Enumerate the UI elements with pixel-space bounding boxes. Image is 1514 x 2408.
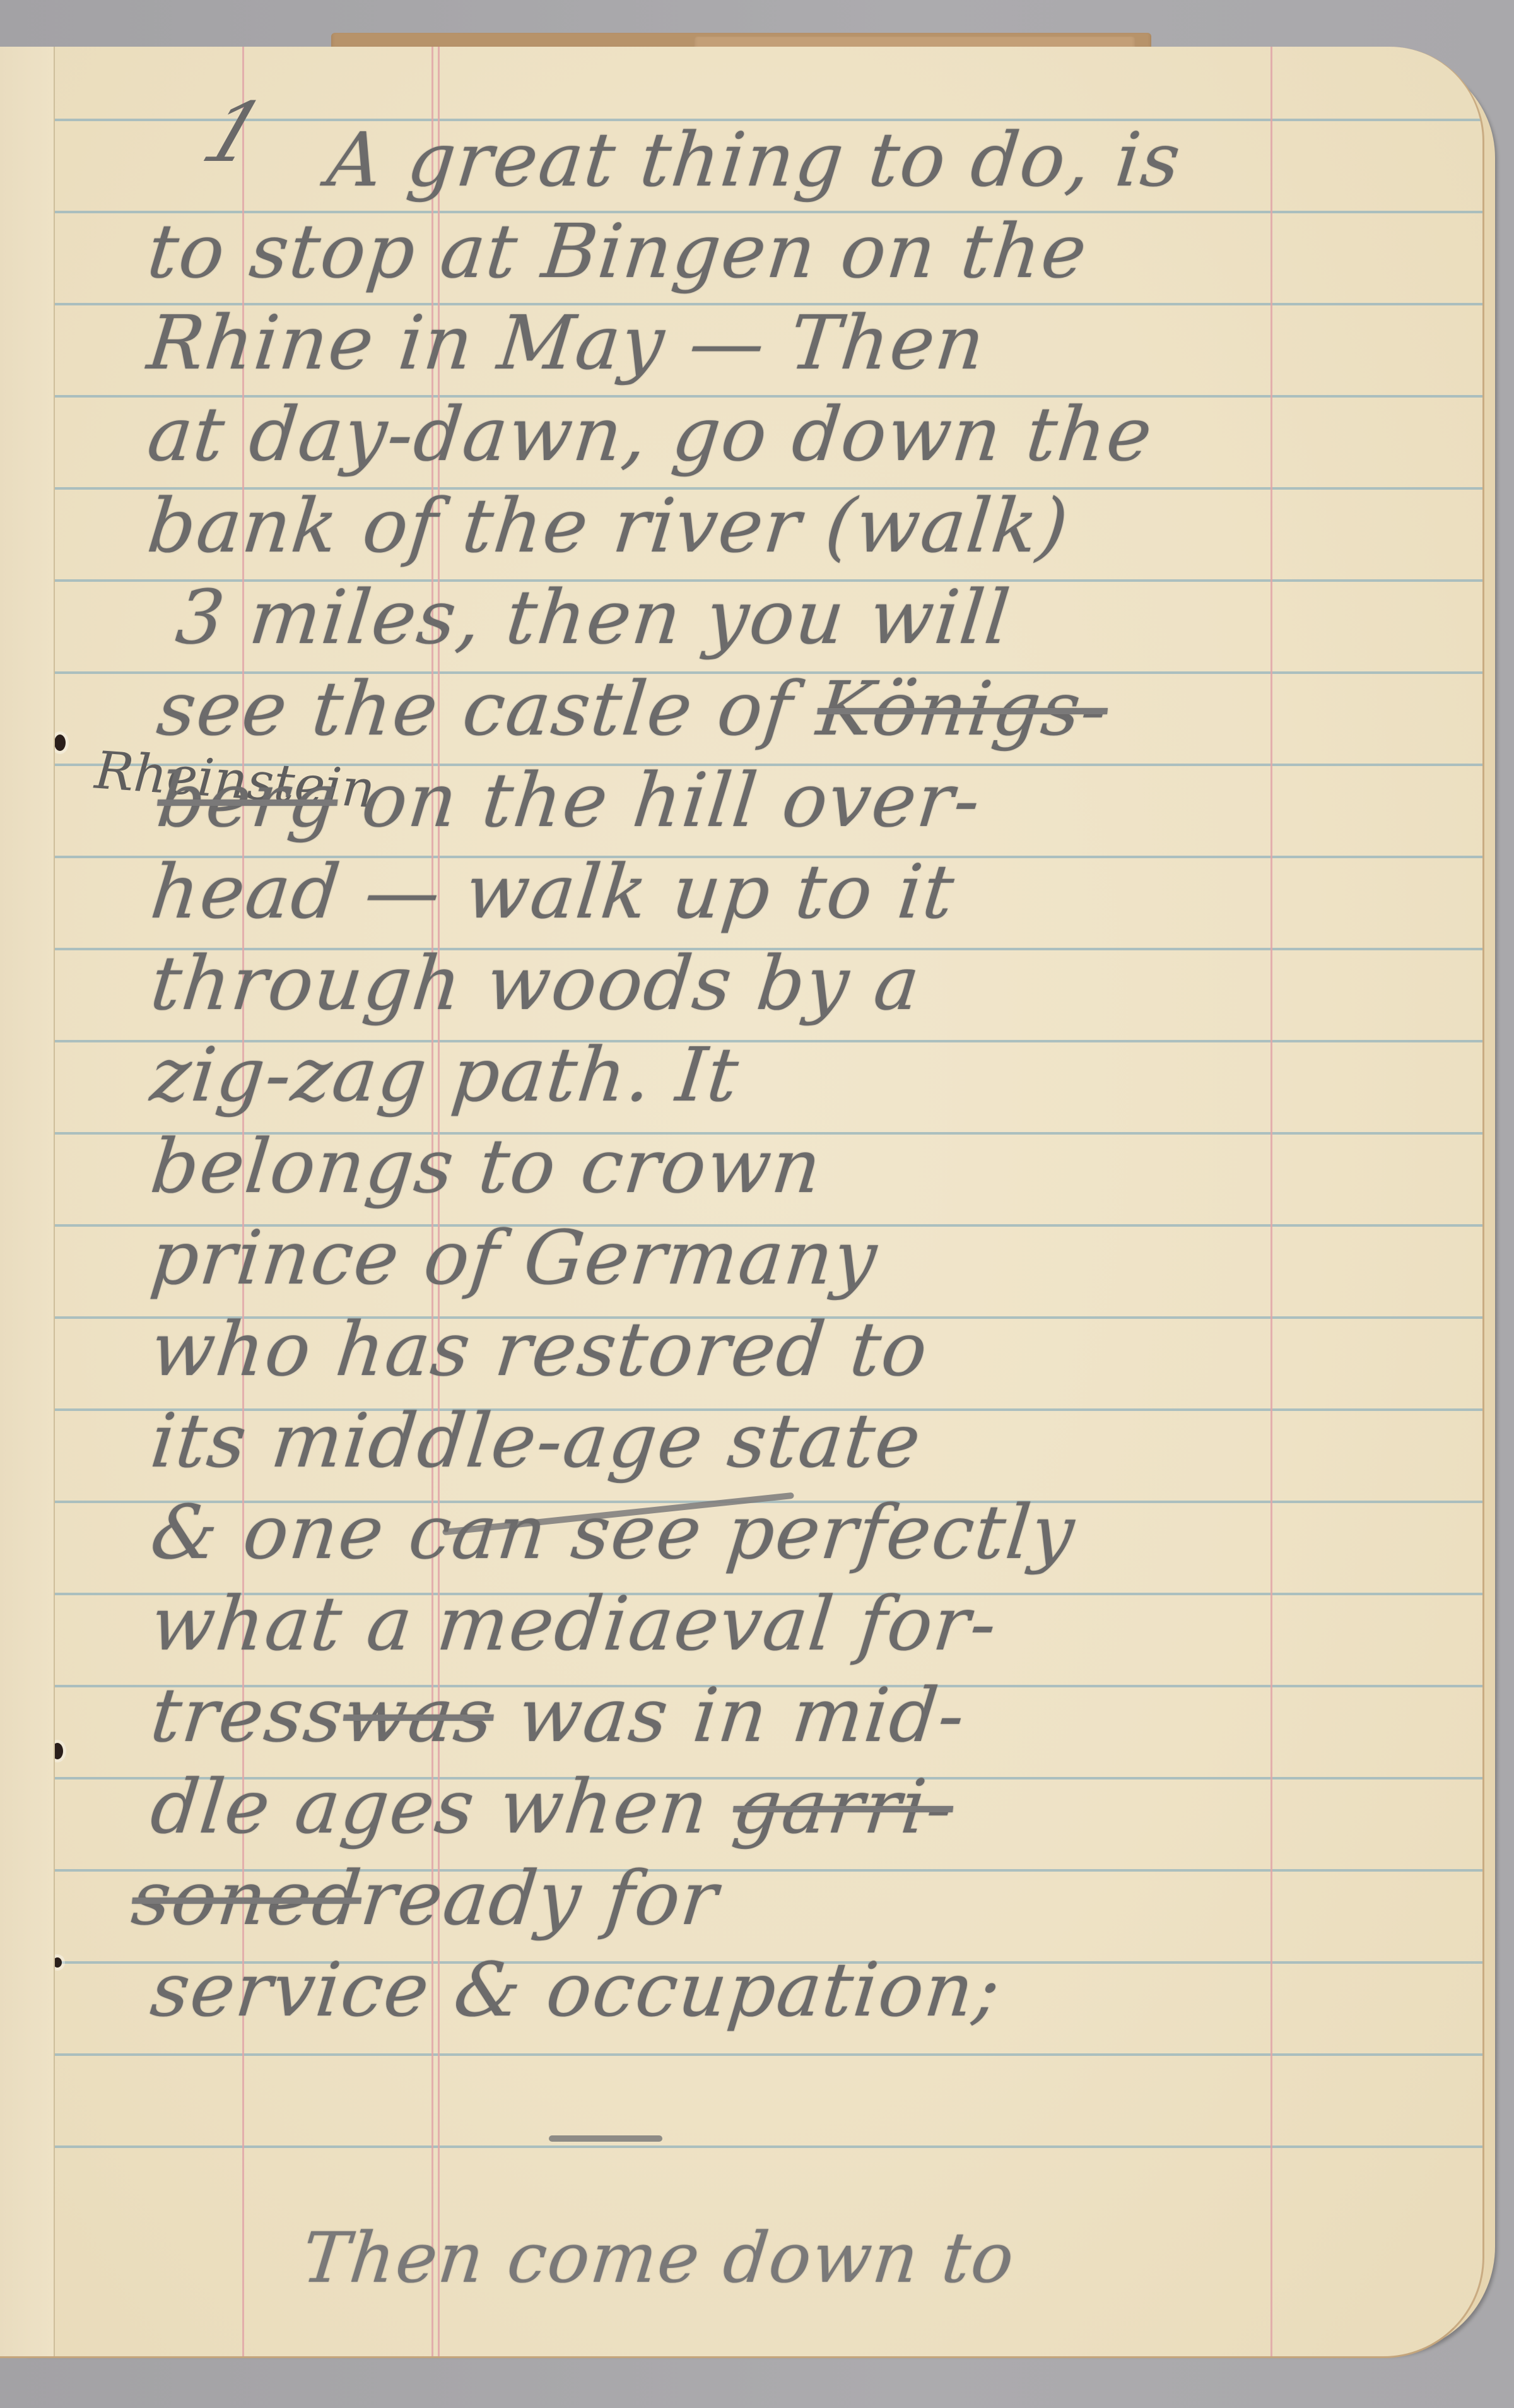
text-line: bank of the river (walk) <box>144 482 1074 569</box>
text-line: its middle-age state <box>147 1397 926 1484</box>
text-line: tresswas was in mid- <box>147 1672 970 1759</box>
text-line: at day-dawn, go down the <box>144 391 1158 478</box>
entry-number: 1 <box>191 85 278 180</box>
text-line: A great thing to do, is <box>324 116 1185 203</box>
struck-text: Königs- <box>813 665 1112 752</box>
text-line: 3 miles, then you will <box>172 574 1015 661</box>
struck-text: was <box>339 1672 498 1759</box>
text-line: zig-zag path. It <box>147 1031 744 1118</box>
handwriting: 1 A great thing to do, is to stop at Bin… <box>0 47 1482 2356</box>
notebook-page: 1 A great thing to do, is to stop at Bin… <box>0 47 1484 2358</box>
text-segment: see the castle of <box>153 665 797 752</box>
text-line: what a mediaeval for- <box>147 1580 1002 1667</box>
text-line: head — walk up to it <box>147 848 959 935</box>
text-segment: tress <box>147 1672 348 1759</box>
text-line: Then come down to <box>298 2217 1019 2298</box>
text-line: dle ages when garri- <box>147 1763 958 1850</box>
text-line: who has restored to <box>147 1306 932 1393</box>
struck-text: soned <box>128 1855 366 1942</box>
struck-text: berg <box>153 757 343 844</box>
text-segment: ready for <box>357 1855 723 1942</box>
text-line: Rhine in May — Then <box>144 299 990 386</box>
text-line: through woods by a <box>147 940 925 1027</box>
separator-stroke <box>549 2135 662 2142</box>
text-segment: was in mid- <box>514 1672 970 1759</box>
text-line: belongs to crown <box>147 1123 826 1210</box>
text-segment: on the hill over- <box>358 757 985 844</box>
text-line: see the castle of Königs- <box>153 665 1112 752</box>
text-segment: dle ages when <box>147 1763 713 1850</box>
text-line: berg on the hill over- <box>153 757 985 844</box>
text-line: service & occupation; <box>147 1946 1006 2033</box>
struck-text: garri- <box>729 1763 958 1850</box>
facing-page-edge <box>0 47 55 2356</box>
text-line: & one can see perfectly <box>147 1489 1079 1576</box>
text-line: sonedready for <box>128 1855 723 1942</box>
text-line: prince of Germany <box>147 1214 882 1301</box>
text-line: to stop at Bingen on the <box>144 208 1092 295</box>
